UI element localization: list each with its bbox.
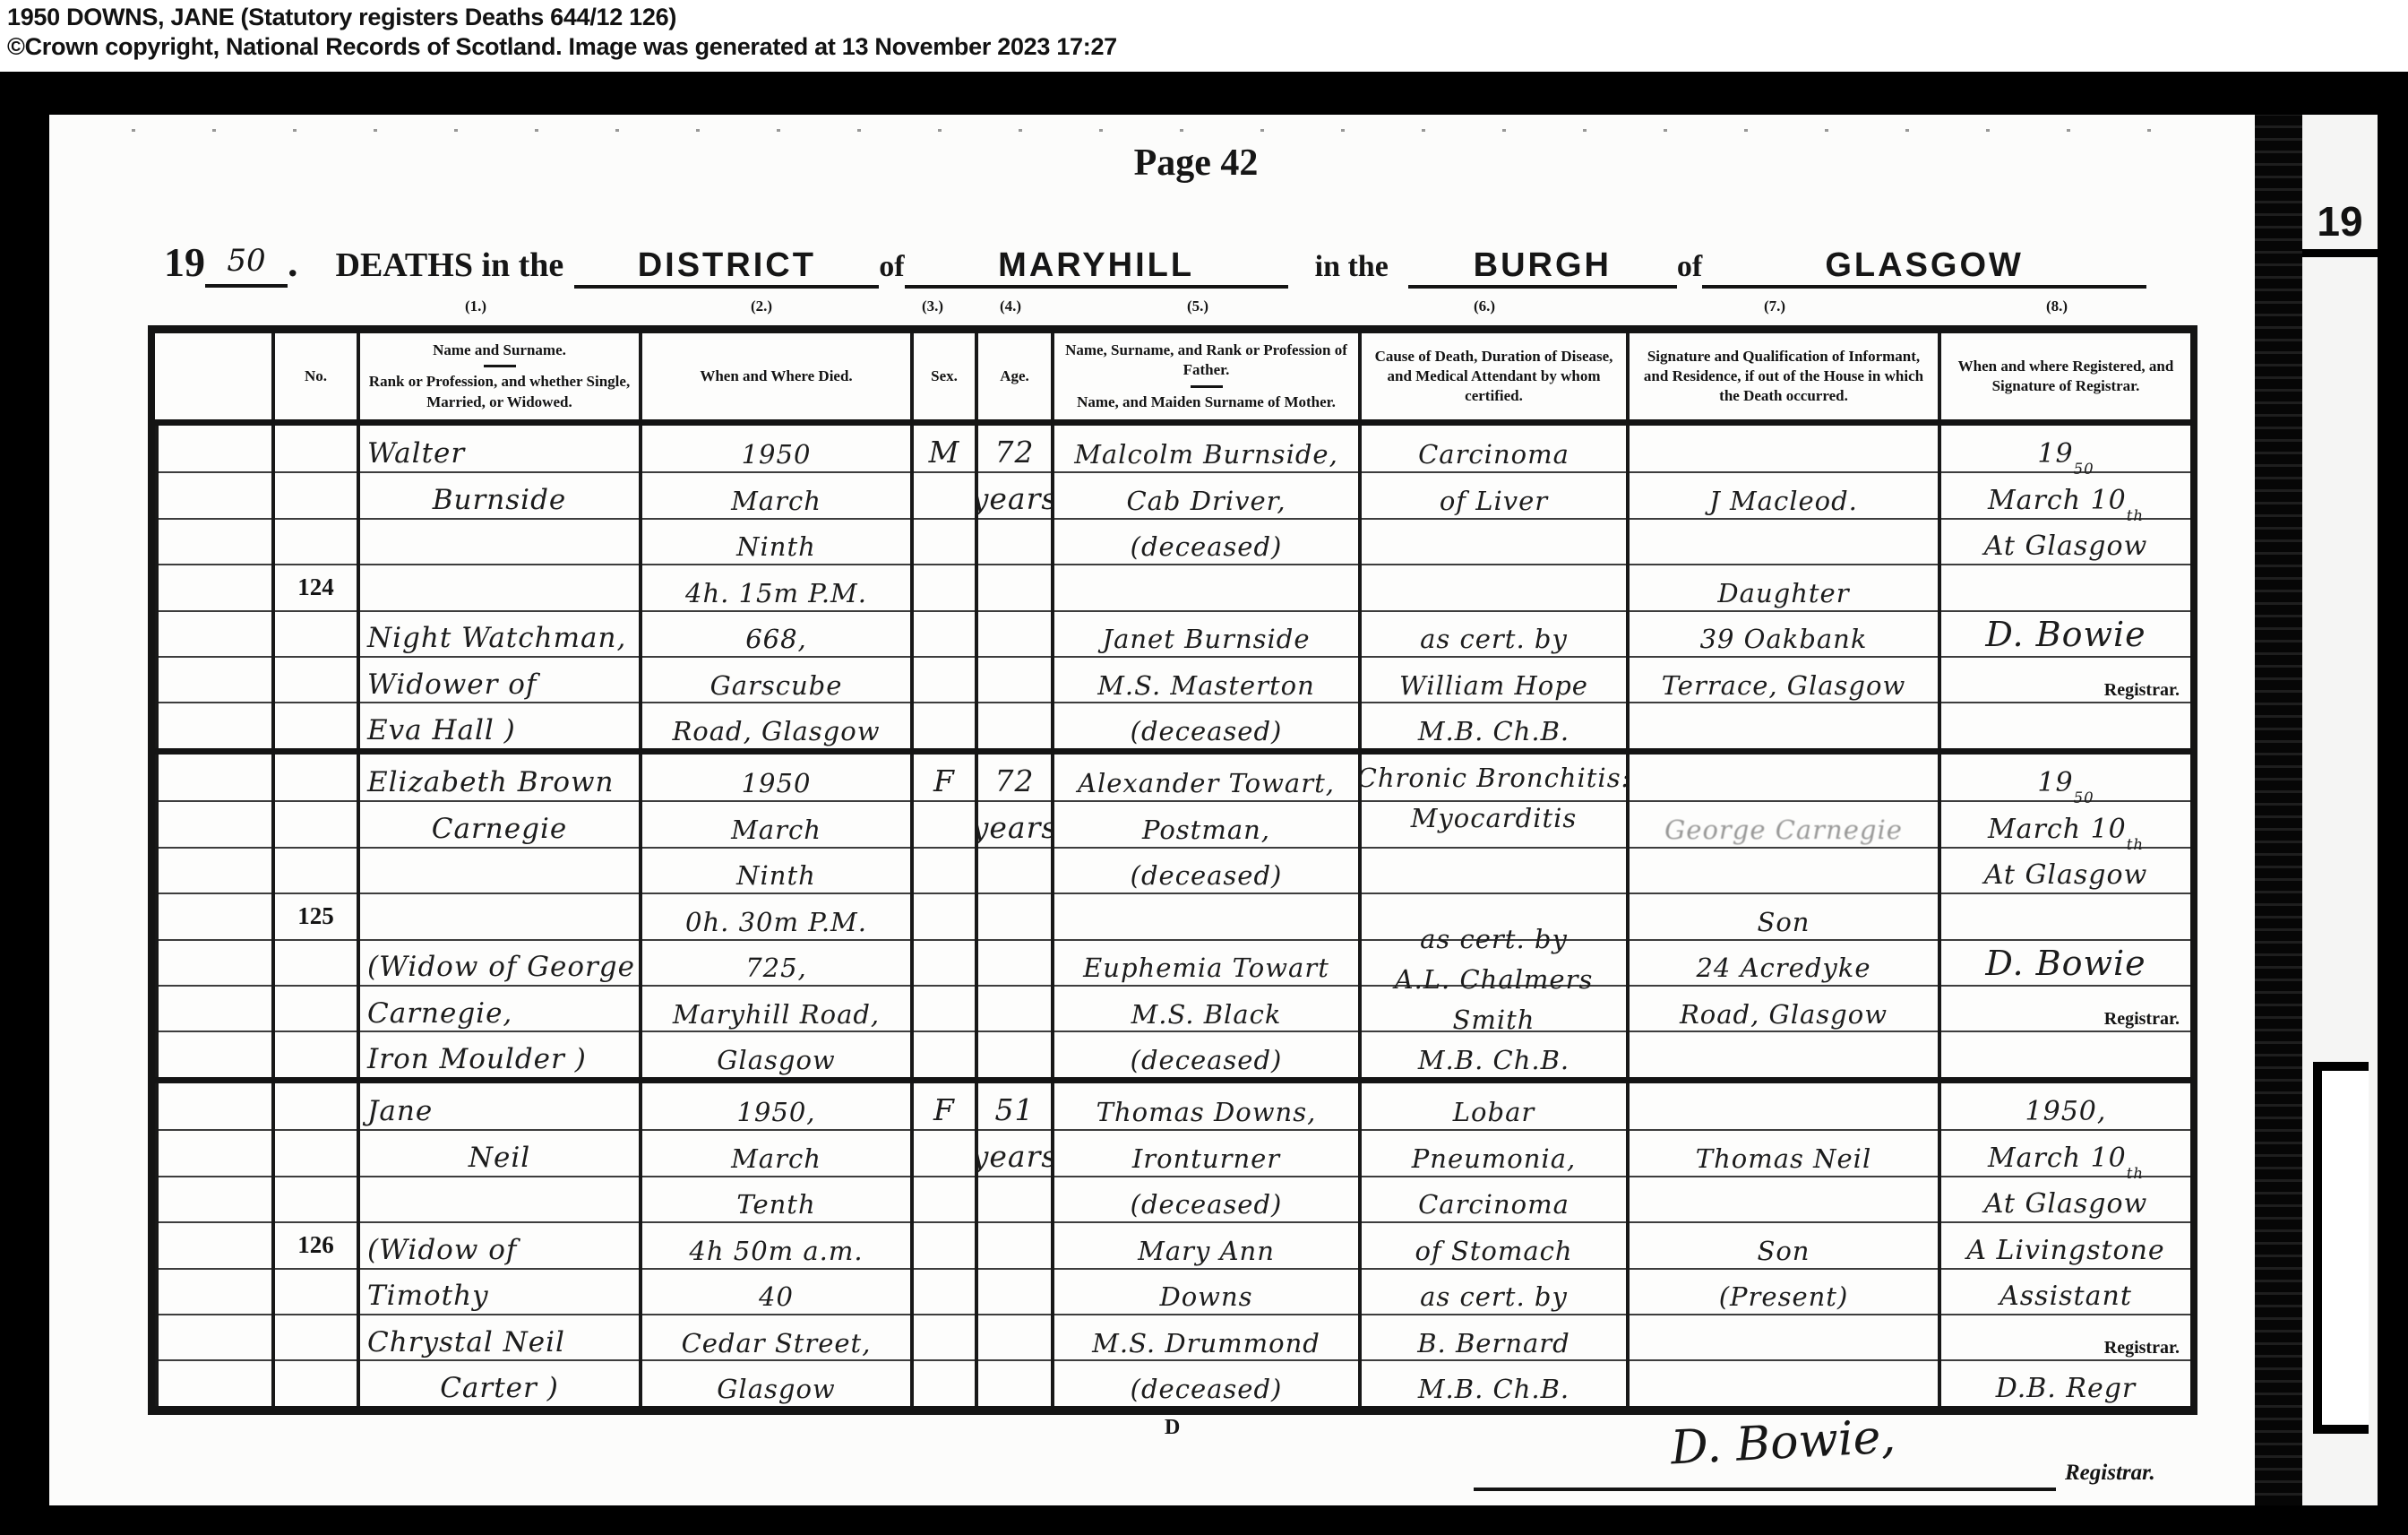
title-in-the: in the	[1315, 250, 1389, 284]
cell-age: 72years	[975, 755, 1051, 1077]
header-no: No.	[271, 333, 357, 419]
cell-name: JaneNeil(Widow ofTimothyChrystal NeilCar…	[357, 1083, 639, 1406]
entry	[360, 518, 639, 564]
header-divider-rule	[484, 365, 516, 367]
entry: (Present)	[1630, 1268, 1938, 1314]
entry: Registrar.	[1941, 985, 2190, 1031]
title-year-blank: 50	[205, 248, 288, 288]
entry: M.S. Masterton	[1054, 656, 1358, 702]
entry: M.B. Ch.B.	[1362, 1360, 1626, 1406]
entry: 51	[978, 1083, 1051, 1129]
cell-name: WalterBurnsideNight Watchman,Widower ofE…	[357, 426, 639, 748]
copyright-line: ©Crown copyright, National Records of Sc…	[7, 33, 1117, 61]
entry: Jane	[360, 1083, 639, 1129]
entry: March	[642, 800, 910, 846]
entry: Neil	[360, 1129, 639, 1175]
scan-gutter	[2255, 115, 2302, 1505]
entry	[1630, 755, 1938, 800]
column-number: (1.)	[465, 298, 486, 315]
column-number: (5.)	[1187, 298, 1208, 315]
entry: as cert. by	[1362, 916, 1626, 956]
entry: March 10th	[1941, 1129, 2190, 1175]
entry: Son	[1630, 1221, 1938, 1267]
title-year-handwritten: 50	[227, 243, 265, 279]
cell-informant: J Macleod.Daughter39 OakbankTerrace, Gla…	[1626, 426, 1938, 748]
column-number: (6.)	[1474, 298, 1495, 315]
column-numbers: (1.)(2.)(3.)(4.)(5.)(6.)(7.)(8.)	[49, 298, 2255, 321]
entry: 39 Oakbank	[1630, 610, 1938, 656]
entry: Walter	[360, 426, 639, 471]
entry: Cedar Street,	[642, 1314, 910, 1359]
register-row: 124WalterBurnsideNight Watchman,Widower …	[155, 426, 2190, 755]
entry: A Livingstone	[1941, 1221, 2190, 1267]
cell-died: 1950,MarchTenth4h 50m a.m.40Cedar Street…	[639, 1083, 910, 1406]
entry: George Carnegie	[1630, 800, 1938, 846]
cell-age: 72years	[975, 426, 1051, 748]
entry: Road, Glasgow	[1630, 985, 1938, 1031]
entry	[1630, 1083, 1938, 1129]
entry: Ironturner	[1054, 1129, 1358, 1175]
entry: 0h. 30m P.M.	[642, 893, 910, 938]
header-blank	[155, 333, 271, 419]
entry: Downs	[1054, 1268, 1358, 1314]
entry: of Stomach	[1362, 1221, 1626, 1267]
cell-name: Elizabeth BrownCarnegie(Widow of GeorgeC…	[357, 755, 639, 1077]
column-number: (8.)	[2046, 298, 2068, 315]
cell-sex: M	[910, 426, 975, 748]
entry: Burnside	[360, 471, 639, 517]
entry: Terrace, Glasgow	[1630, 656, 1938, 702]
entry: F	[914, 755, 975, 800]
entry: (deceased)	[1054, 1176, 1358, 1221]
entry: Pneumonia,	[1362, 1129, 1626, 1175]
entry: Carter )	[360, 1360, 639, 1406]
screenshot-stage: 1950 DOWNS, JANE (Statutory registers De…	[0, 0, 2408, 1535]
table-header-row: No. Name and Surname. Rank or Profession…	[155, 333, 2190, 426]
entry: Postman,	[1054, 800, 1358, 846]
entry: 1950,	[642, 1083, 910, 1129]
cell-parents: Alexander Towart,Postman,(deceased)Euphe…	[1051, 755, 1358, 1077]
entry: 72	[978, 755, 1051, 800]
register-title-row: 19 50 . DEATHS in the DISTRICT of MARYHI…	[164, 238, 2192, 289]
entry	[360, 1176, 639, 1221]
entry-number: 126	[297, 1231, 334, 1259]
cell-registered: 1950,March 10thAt GlasgowA LivingstoneAs…	[1938, 1083, 2190, 1406]
entry: 1950	[1941, 755, 2190, 800]
cell-informant: George CarnegieSon24 AcredykeRoad, Glasg…	[1626, 755, 1938, 1077]
cell-age: 51years	[975, 1083, 1051, 1406]
entry	[360, 847, 639, 893]
entry: At Glasgow	[1941, 847, 2190, 893]
title-district-word: DISTRICT	[574, 246, 879, 289]
entry	[1054, 893, 1358, 938]
entry: Carnegie,	[360, 985, 639, 1031]
entry: Garscube	[642, 656, 910, 702]
cell-died: 1950MarchNinth0h. 30m P.M.725,Maryhill R…	[639, 755, 910, 1077]
entry: Myocarditis	[1362, 795, 1626, 835]
entry: M	[914, 426, 975, 471]
entry	[1630, 1031, 1938, 1077]
header-divider-rule	[1191, 385, 1223, 388]
entry	[1054, 564, 1358, 609]
page-number-label: Page 42	[1134, 142, 1259, 185]
adjacent-page-year: 19	[2317, 197, 2362, 246]
entry-number: 124	[297, 573, 334, 601]
entry: Lobar	[1362, 1083, 1626, 1129]
entry: 1950,	[1941, 1083, 2190, 1129]
entry: as cert. by	[1362, 610, 1626, 656]
cell-no: 124	[271, 426, 357, 748]
entry	[1362, 835, 1626, 875]
entry: D.B. Regr	[1941, 1360, 2190, 1406]
registrar-label: Registrar.	[2065, 1461, 2155, 1486]
entry: Smith	[1362, 996, 1626, 1037]
entry: Road, Glasgow	[642, 703, 910, 748]
entry	[360, 893, 639, 938]
cell-parents: Thomas Downs,Ironturner(deceased)Mary An…	[1051, 1083, 1358, 1406]
register-row: 125Elizabeth BrownCarnegie(Widow of Geor…	[155, 755, 2190, 1083]
register-table: No. Name and Surname. Rank or Profession…	[148, 325, 2197, 1415]
entry: Eva Hall )	[360, 703, 639, 748]
entry: Registrar.	[1941, 1314, 2190, 1359]
entry: Chronic Bronchitis:	[1362, 755, 1626, 795]
entry	[1630, 847, 1938, 893]
adjacent-page-corner	[2313, 1062, 2369, 1434]
entry: Tenth	[642, 1176, 910, 1221]
entry: Alexander Towart,	[1054, 755, 1358, 800]
entry: J Macleod.	[1630, 471, 1938, 517]
cell-blank	[155, 426, 271, 748]
entry: (deceased)	[1054, 847, 1358, 893]
title-district-name: MARYHILL	[905, 246, 1288, 289]
entry: F	[914, 1083, 975, 1129]
entry: (deceased)	[1054, 1031, 1358, 1077]
title-year-prefix: 19	[164, 238, 205, 286]
entry: Euphemia Towart	[1054, 939, 1358, 985]
entry: Thomas Neil	[1630, 1129, 1938, 1175]
entry: B. Bernard	[1362, 1314, 1626, 1359]
entry: Janet Burnside	[1054, 610, 1358, 656]
cell-registered: 1950March 10thAt GlasgowD. BowieRegistra…	[1938, 426, 2190, 748]
cell-blank	[155, 755, 271, 1077]
cell-died: 1950MarchNinth4h. 15m P.M.668,GarscubeRo…	[639, 426, 910, 748]
entry	[1630, 1176, 1938, 1221]
header-father-bottom: Name, and Maiden Surname of Mother.	[1077, 392, 1336, 412]
entry: 40	[642, 1268, 910, 1314]
title-of-1: of	[879, 250, 904, 284]
entry: 72	[978, 426, 1051, 471]
entry: (deceased)	[1054, 703, 1358, 748]
record-title: 1950 DOWNS, JANE (Statutory registers De…	[7, 4, 676, 31]
cell-no: 126	[271, 1083, 357, 1406]
entry: 668,	[642, 610, 910, 656]
header-died: When and Where Died.	[639, 333, 910, 419]
cell-cause: Chronic Bronchitis:Myocarditisas cert. b…	[1358, 755, 1626, 1077]
entry: Iron Moulder )	[360, 1031, 639, 1077]
entry: M.B. Ch.B.	[1362, 703, 1626, 748]
cell-sex: F	[910, 1083, 975, 1406]
adjacent-page-rule	[2302, 249, 2378, 257]
entry: 4h. 15m P.M.	[642, 564, 910, 609]
column-number: (2.)	[751, 298, 772, 315]
entry: 1950	[642, 426, 910, 471]
register-row: 126JaneNeil(Widow ofTimothyChrystal Neil…	[155, 1083, 2190, 1406]
entry: Timothy	[360, 1268, 639, 1314]
entry: D. Bowie	[1941, 939, 2190, 985]
header-father-top: Name, Surname, and Rank or Profession of…	[1062, 341, 1351, 380]
entry: years	[978, 800, 1051, 846]
page-footer-mark: D	[1165, 1416, 1180, 1440]
entry: Daughter	[1630, 564, 1938, 609]
entry: March 10th	[1941, 800, 2190, 846]
entry: (deceased)	[1054, 1360, 1358, 1406]
entry: Elizabeth Brown	[360, 755, 639, 800]
entry: M.S. Black	[1054, 985, 1358, 1031]
entry: 725,	[642, 939, 910, 985]
header-name: Name and Surname. Rank or Profession, an…	[357, 333, 639, 419]
title-burgh-name: GLASGOW	[1702, 246, 2146, 289]
entry	[1630, 1314, 1938, 1359]
header-informant: Signature and Qualification of Informant…	[1626, 333, 1938, 419]
entry	[1941, 703, 2190, 748]
entry: Carcinoma	[1362, 1176, 1626, 1221]
entry: 24 Acredyke	[1630, 939, 1938, 985]
cell-blank	[155, 1083, 271, 1406]
column-number: (4.)	[1000, 298, 1021, 315]
entry: Maryhill Road,	[642, 985, 910, 1031]
entry-number: 125	[297, 902, 334, 930]
entry: (deceased)	[1054, 518, 1358, 564]
entry: as cert. by	[1362, 1268, 1626, 1314]
entry: March	[642, 471, 910, 517]
cell-no: 125	[271, 755, 357, 1077]
entry: M.S. Drummond	[1054, 1314, 1358, 1359]
entry: D. Bowie	[1941, 610, 2190, 656]
title-burgh-word: BURGH	[1408, 246, 1677, 289]
title-deaths-in-the: DEATHS in the	[336, 246, 564, 285]
entry: M.B. Ch.B.	[1362, 1037, 1626, 1077]
adjacent-page-edge: 19	[2302, 115, 2378, 1505]
cell-sex: F	[910, 755, 975, 1077]
entry: Mary Ann	[1054, 1221, 1358, 1267]
column-number: (7.)	[1764, 298, 1785, 315]
entry: years	[978, 1129, 1051, 1175]
entry: Ninth	[642, 847, 910, 893]
header-cause: Cause of Death, Duration of Disease, and…	[1358, 333, 1626, 419]
entry	[360, 564, 639, 609]
viewer-header: 1950 DOWNS, JANE (Statutory registers De…	[0, 0, 2408, 72]
entry	[1630, 1360, 1938, 1406]
registrar-signature: D. Bowie,	[1670, 1410, 1897, 1475]
cell-cause: Carcinomaof Liveras cert. byWilliam Hope…	[1358, 426, 1626, 748]
entry	[1630, 426, 1938, 471]
entry: 1950	[642, 755, 910, 800]
scanned-image-region: Page 42 19 50 . DEATHS in the DISTRICT o…	[0, 72, 2408, 1535]
cell-parents: Malcolm Burnside,Cab Driver,(deceased)Ja…	[1051, 426, 1358, 748]
table-body: 124WalterBurnsideNight Watchman,Widower …	[155, 426, 2190, 1406]
header-registered: When and where Registered, and Signature…	[1938, 333, 2190, 419]
entry: Assistant	[1941, 1268, 2190, 1314]
entry: of Liver	[1362, 471, 1626, 517]
header-parents: Name, Surname, and Rank or Profession of…	[1051, 333, 1358, 419]
cell-registered: 1950March 10thAt GlasgowD. BowieRegistra…	[1938, 755, 2190, 1077]
entry: 4h 50m a.m.	[642, 1221, 910, 1267]
entry: 1950	[1941, 426, 2190, 471]
header-name-top: Name and Surname.	[433, 341, 566, 360]
header-name-bottom: Rank or Profession, and whether Single, …	[367, 372, 632, 411]
entry: Malcolm Burnside,	[1054, 426, 1358, 471]
register-page: Page 42 19 50 . DEATHS in the DISTRICT o…	[49, 115, 2255, 1505]
entry: At Glasgow	[1941, 1176, 2190, 1221]
entry: March	[642, 1129, 910, 1175]
title-of-2: of	[1677, 250, 1702, 284]
entry: (Widow of George	[360, 939, 639, 985]
cell-informant: Thomas NeilSon(Present)	[1626, 1083, 1938, 1406]
entry	[1362, 564, 1626, 609]
cell-cause: LobarPneumonia,Carcinomaof Stomachas cer…	[1358, 1083, 1626, 1406]
title-year-period: .	[288, 238, 298, 286]
entry: March 10th	[1941, 471, 2190, 517]
entry: A.L. Chalmers	[1362, 956, 1626, 996]
entry	[1941, 893, 2190, 938]
entry: Cab Driver,	[1054, 471, 1358, 517]
entry: Son	[1630, 893, 1938, 938]
entry: Chrystal Neil	[360, 1314, 639, 1359]
entry: Carcinoma	[1362, 426, 1626, 471]
entry: Glasgow	[642, 1031, 910, 1077]
entry: Widower of	[360, 656, 639, 702]
footer-signature-line	[1474, 1488, 2056, 1491]
entry	[1941, 564, 2190, 609]
entry	[1630, 518, 1938, 564]
entry: Carnegie	[360, 800, 639, 846]
entry: (Widow of	[360, 1221, 639, 1267]
column-number: (3.)	[922, 298, 943, 315]
entry	[1630, 703, 1938, 748]
entry: Night Watchman,	[360, 610, 639, 656]
entry: Ninth	[642, 518, 910, 564]
entry: Glasgow	[642, 1360, 910, 1406]
entry: Thomas Downs,	[1054, 1083, 1358, 1129]
entry: years	[978, 471, 1051, 517]
entry	[1362, 518, 1626, 564]
entry: Registrar.	[1941, 656, 2190, 702]
entry: At Glasgow	[1941, 518, 2190, 564]
entry	[1362, 875, 1626, 916]
entry	[1941, 1031, 2190, 1077]
header-sex: Sex.	[910, 333, 975, 419]
entry: William Hope	[1362, 656, 1626, 702]
scan-noise	[85, 129, 2228, 132]
header-age: Age.	[975, 333, 1051, 419]
